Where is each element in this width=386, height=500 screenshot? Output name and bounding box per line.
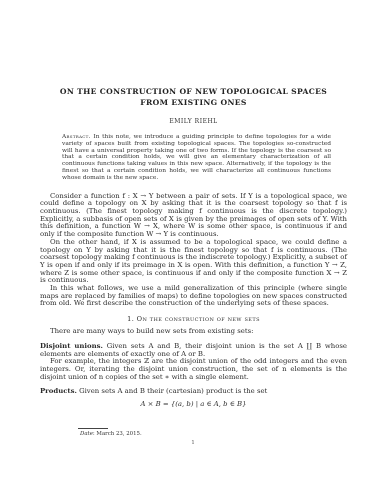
footnote-area: Date: March 23, 2015. — [78, 428, 298, 437]
products-paragraph: Products. Given sets A and B their (cart… — [40, 388, 347, 396]
disjoint-unions-paragraph: Disjoint unions. Given sets A and B, the… — [40, 343, 347, 358]
paragraph-2: On the other hand, if X is assumed to be… — [40, 239, 347, 285]
paper-title-line-1: ON THE CONSTRUCTION OF NEW TOPOLOGICAL S… — [40, 86, 347, 97]
abstract-block: Abstract. In this note, we introduce a g… — [62, 134, 331, 182]
products-label: Products. — [40, 387, 77, 395]
date-label: Date — [80, 431, 93, 437]
author-name: EMILY RIEHL — [40, 118, 347, 125]
paper-title-line-2: FROM EXISTING ONES — [40, 97, 347, 108]
product-formula: A × B = {(a, b) | a ∈ A, b ∈ B} — [40, 400, 347, 408]
products-text: Given sets A and B their (cartesian) pro… — [77, 387, 267, 395]
paper-title: ON THE CONSTRUCTION OF NEW TOPOLOGICAL S… — [40, 86, 347, 108]
page-number: 1 — [0, 440, 386, 446]
paper-page: ON THE CONSTRUCTION OF NEW TOPOLOGICAL S… — [0, 0, 386, 500]
date-value: : March 23, 2015. — [93, 431, 142, 437]
abstract-label: Abstract. — [62, 134, 91, 140]
footnote-rule — [78, 428, 108, 429]
paragraph-3: In this what follows, we use a mild gene… — [40, 285, 347, 308]
abstract-text: In this note, we introduce a guiding pri… — [62, 134, 331, 181]
section-1-heading: 1. On the construction of new sets — [40, 315, 347, 323]
section-1-intro: There are many ways to build new sets fr… — [40, 328, 347, 336]
paragraph-1: Consider a function f : X → Y between a … — [40, 193, 347, 239]
date-footnote: Date: March 23, 2015. — [78, 431, 298, 437]
disjoint-unions-example: For example, the integers ℤ are the disj… — [40, 358, 347, 381]
